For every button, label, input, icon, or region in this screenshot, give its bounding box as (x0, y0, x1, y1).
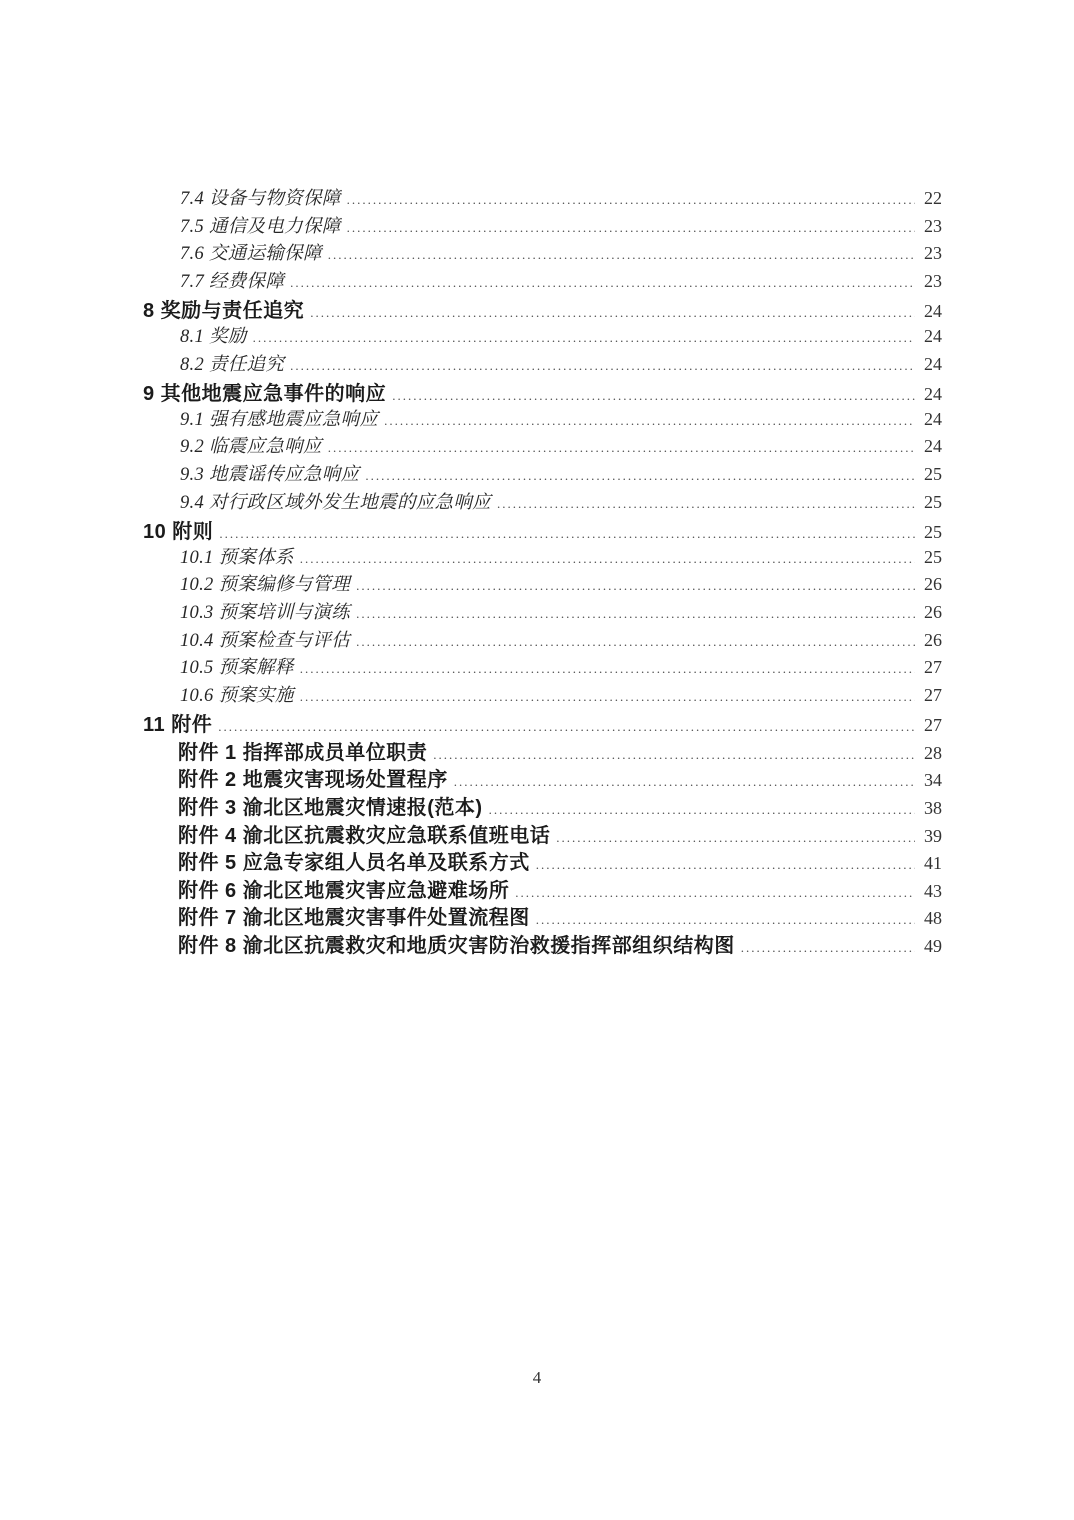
toc-entry-label: 10.1 预案体系 (180, 543, 294, 569)
toc-entry-label: 附件 5 应急专家组人员名单及联系方式 (178, 846, 530, 875)
toc-dot-leader (219, 526, 915, 542)
toc-dot-leader (741, 940, 915, 956)
toc-entry[interactable]: 7.7 经费保障 23 (143, 267, 942, 295)
toc-entry-page: 26 (918, 574, 942, 595)
page-number: 4 (533, 1368, 542, 1387)
toc-entry-label: 8.2 责任追究 (180, 350, 284, 376)
toc-entry-label: 附件 8 渝北区抗震救灾和地质灾害防治救援指挥部组织结构图 (178, 929, 735, 958)
toc-dot-leader (454, 774, 915, 790)
toc-entry-page: 26 (918, 630, 942, 651)
toc-entry-page: 22 (918, 188, 942, 209)
toc-dot-leader (300, 551, 915, 567)
toc-entry-page: 27 (918, 715, 942, 736)
toc-entry-label: 附件 4 渝北区抗震救灾应急联系值班电话 (178, 819, 550, 848)
toc-entry-page: 23 (918, 216, 942, 237)
toc-dot-leader (356, 634, 915, 650)
toc-entry[interactable]: 附件 3 渝北区地震灾情速报(范本) 38 (143, 791, 942, 819)
toc-entry-label: 9.4 对行政区域外发生地震的应急响应 (180, 488, 491, 514)
toc-entry-label: 7.5 通信及电力保障 (180, 212, 341, 238)
toc-entry-label: 10 附则 (143, 515, 213, 544)
toc-dot-leader (253, 330, 915, 346)
toc-entry-label: 9.3 地震谣传应急响应 (180, 460, 359, 486)
toc-dot-leader (497, 496, 915, 512)
toc-entry[interactable]: 10 附则 25 (143, 515, 942, 543)
toc-entry-page: 24 (918, 354, 942, 375)
toc-entry-page: 24 (918, 436, 942, 457)
toc-entry[interactable]: 10.6 预案实施 27 (143, 681, 942, 709)
toc-dot-leader (347, 192, 915, 208)
toc-dot-leader (556, 830, 915, 846)
toc-entry-page: 27 (918, 657, 942, 678)
toc-entry-page: 25 (918, 464, 942, 485)
toc-entry[interactable]: 7.6 交通运输保障 23 (143, 239, 942, 267)
toc-entry-page: 25 (918, 492, 942, 513)
toc-dot-leader (356, 606, 915, 622)
toc-entry-label: 附件 6 渝北区地震灾害应急避难场所 (178, 874, 509, 903)
toc-entry[interactable]: 7.5 通信及电力保障 23 (143, 212, 942, 240)
toc-entry-label: 10.2 预案编修与管理 (180, 570, 350, 596)
toc-dot-leader (536, 857, 915, 873)
toc-entry[interactable]: 附件 7 渝北区地震灾害事件处置流程图 48 (143, 901, 942, 929)
toc-entry-label: 附件 2 地震灾害现场处置程序 (178, 763, 448, 792)
toc-entry-page: 49 (918, 936, 942, 957)
toc-dot-leader (310, 305, 915, 321)
toc-entry-label: 7.7 经费保障 (180, 267, 284, 293)
toc-dot-leader (515, 885, 915, 901)
toc-entry[interactable]: 附件 6 渝北区地震灾害应急避难场所 43 (143, 874, 942, 902)
toc-entry[interactable]: 10.4 预案检查与评估 26 (143, 626, 942, 654)
toc-entry-page: 34 (918, 770, 942, 791)
toc-entry[interactable]: 10.1 预案体系 25 (143, 543, 942, 571)
toc-dot-leader (433, 747, 915, 763)
toc-dot-leader (489, 802, 915, 818)
toc-entry-label: 11 附件 (143, 708, 212, 737)
toc-entry[interactable]: 11 附件 27 (143, 708, 942, 736)
toc-dot-leader (328, 440, 915, 456)
toc-entry-page: 27 (918, 685, 942, 706)
toc-dot-leader (290, 358, 915, 374)
toc-entry-page: 48 (918, 908, 942, 929)
toc-entry-page: 24 (918, 326, 942, 347)
document-page: 7.4 设备与物资保障 22 7.5 通信及电力保障 23 7.6 交通运输保障… (0, 0, 1074, 1520)
toc-entry[interactable]: 9.3 地震谣传应急响应 25 (143, 460, 942, 488)
toc-dot-leader (356, 578, 915, 594)
toc-entry-label: 8.1 奖励 (180, 322, 247, 348)
toc-entry-label: 7.6 交通运输保障 (180, 239, 322, 265)
toc-entry-label: 10.5 预案解释 (180, 653, 294, 679)
page-footer: 4 (0, 1368, 1074, 1388)
toc-entry[interactable]: 7.4 设备与物资保障 22 (143, 184, 942, 212)
toc-entry[interactable]: 9.2 临震应急响应 24 (143, 432, 942, 460)
toc-entry[interactable]: 附件 2 地震灾害现场处置程序 34 (143, 763, 942, 791)
toc-dot-leader (300, 661, 915, 677)
toc-entry-label: 附件 1 指挥部成员单位职责 (178, 736, 427, 765)
toc-entry-label: 9.2 临震应急响应 (180, 432, 322, 458)
toc-entry-page: 25 (918, 522, 942, 543)
toc-dot-leader (392, 388, 915, 404)
toc-entry-label: 7.4 设备与物资保障 (180, 184, 341, 210)
toc-entry-page: 28 (918, 743, 942, 764)
toc-dot-leader (536, 912, 915, 928)
toc-dot-leader (218, 719, 915, 735)
toc-entry[interactable]: 9.4 对行政区域外发生地震的应急响应 25 (143, 488, 942, 516)
toc-entry-page: 24 (918, 301, 942, 322)
toc-entry-page: 25 (918, 547, 942, 568)
toc-entry[interactable]: 10.5 预案解释 27 (143, 653, 942, 681)
toc-dot-leader (290, 275, 915, 291)
toc-entry[interactable]: 8 奖励与责任追究 24 (143, 294, 942, 322)
toc-entry-page: 23 (918, 243, 942, 264)
toc-entry[interactable]: 8.2 责任追究 24 (143, 350, 942, 378)
toc-entry[interactable]: 9.1 强有感地震应急响应 24 (143, 405, 942, 433)
toc-entry-page: 24 (918, 384, 942, 405)
toc-entry[interactable]: 10.2 预案编修与管理 26 (143, 570, 942, 598)
toc-dot-leader (384, 413, 915, 429)
table-of-contents: 7.4 设备与物资保障 22 7.5 通信及电力保障 23 7.6 交通运输保障… (143, 184, 942, 957)
toc-dot-leader (300, 689, 915, 705)
toc-entry-label: 10.4 预案检查与评估 (180, 626, 350, 652)
toc-entry[interactable]: 10.3 预案培训与演练 26 (143, 598, 942, 626)
toc-entry-label: 9 其他地震应急事件的响应 (143, 377, 386, 406)
toc-entry[interactable]: 附件 5 应急专家组人员名单及联系方式 41 (143, 846, 942, 874)
toc-entry[interactable]: 8.1 奖励 24 (143, 322, 942, 350)
toc-entry[interactable]: 附件 4 渝北区抗震救灾应急联系值班电话 39 (143, 819, 942, 847)
toc-entry-label: 附件 7 渝北区地震灾害事件处置流程图 (178, 901, 530, 930)
toc-entry[interactable]: 附件 1 指挥部成员单位职责 28 (143, 736, 942, 764)
toc-dot-leader (347, 220, 915, 236)
toc-dot-leader (328, 247, 915, 263)
toc-entry-label: 8 奖励与责任追究 (143, 294, 304, 323)
toc-entry-page: 39 (918, 826, 942, 847)
toc-entry-page: 41 (918, 853, 942, 874)
toc-entry-label: 10.3 预案培训与演练 (180, 598, 350, 624)
toc-entry[interactable]: 附件 8 渝北区抗震救灾和地质灾害防治救援指挥部组织结构图 49 (143, 929, 942, 957)
toc-entry-label: 10.6 预案实施 (180, 681, 294, 707)
toc-entry-page: 24 (918, 409, 942, 430)
toc-dot-leader (365, 468, 915, 484)
toc-entry[interactable]: 9 其他地震应急事件的响应 24 (143, 377, 942, 405)
toc-entry-label: 9.1 强有感地震应急响应 (180, 405, 378, 431)
toc-entry-page: 23 (918, 271, 942, 292)
toc-entry-page: 38 (918, 798, 942, 819)
toc-entry-label: 附件 3 渝北区地震灾情速报(范本) (178, 791, 483, 820)
toc-entry-page: 43 (918, 881, 942, 902)
toc-entry-page: 26 (918, 602, 942, 623)
